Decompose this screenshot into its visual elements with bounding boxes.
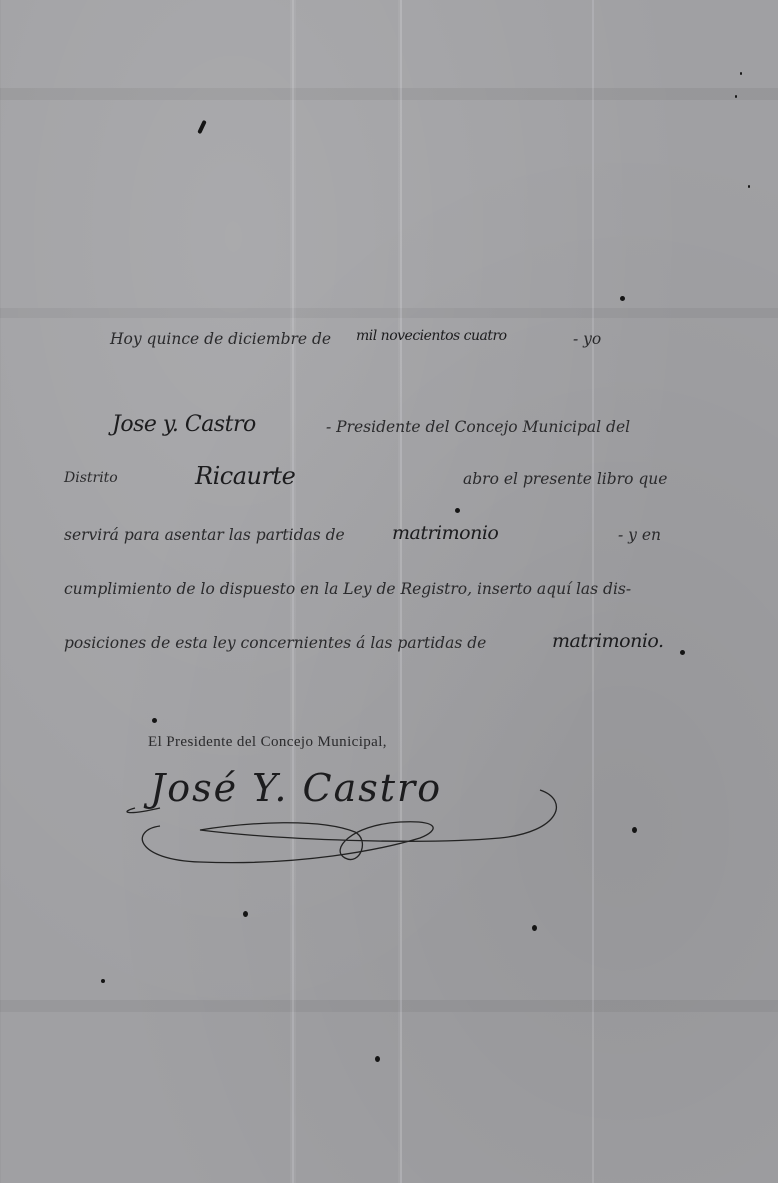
scanned-page: Hoy quince de diciembre de mil novecient… — [0, 0, 778, 1183]
signature-flourish — [0, 0, 778, 1183]
